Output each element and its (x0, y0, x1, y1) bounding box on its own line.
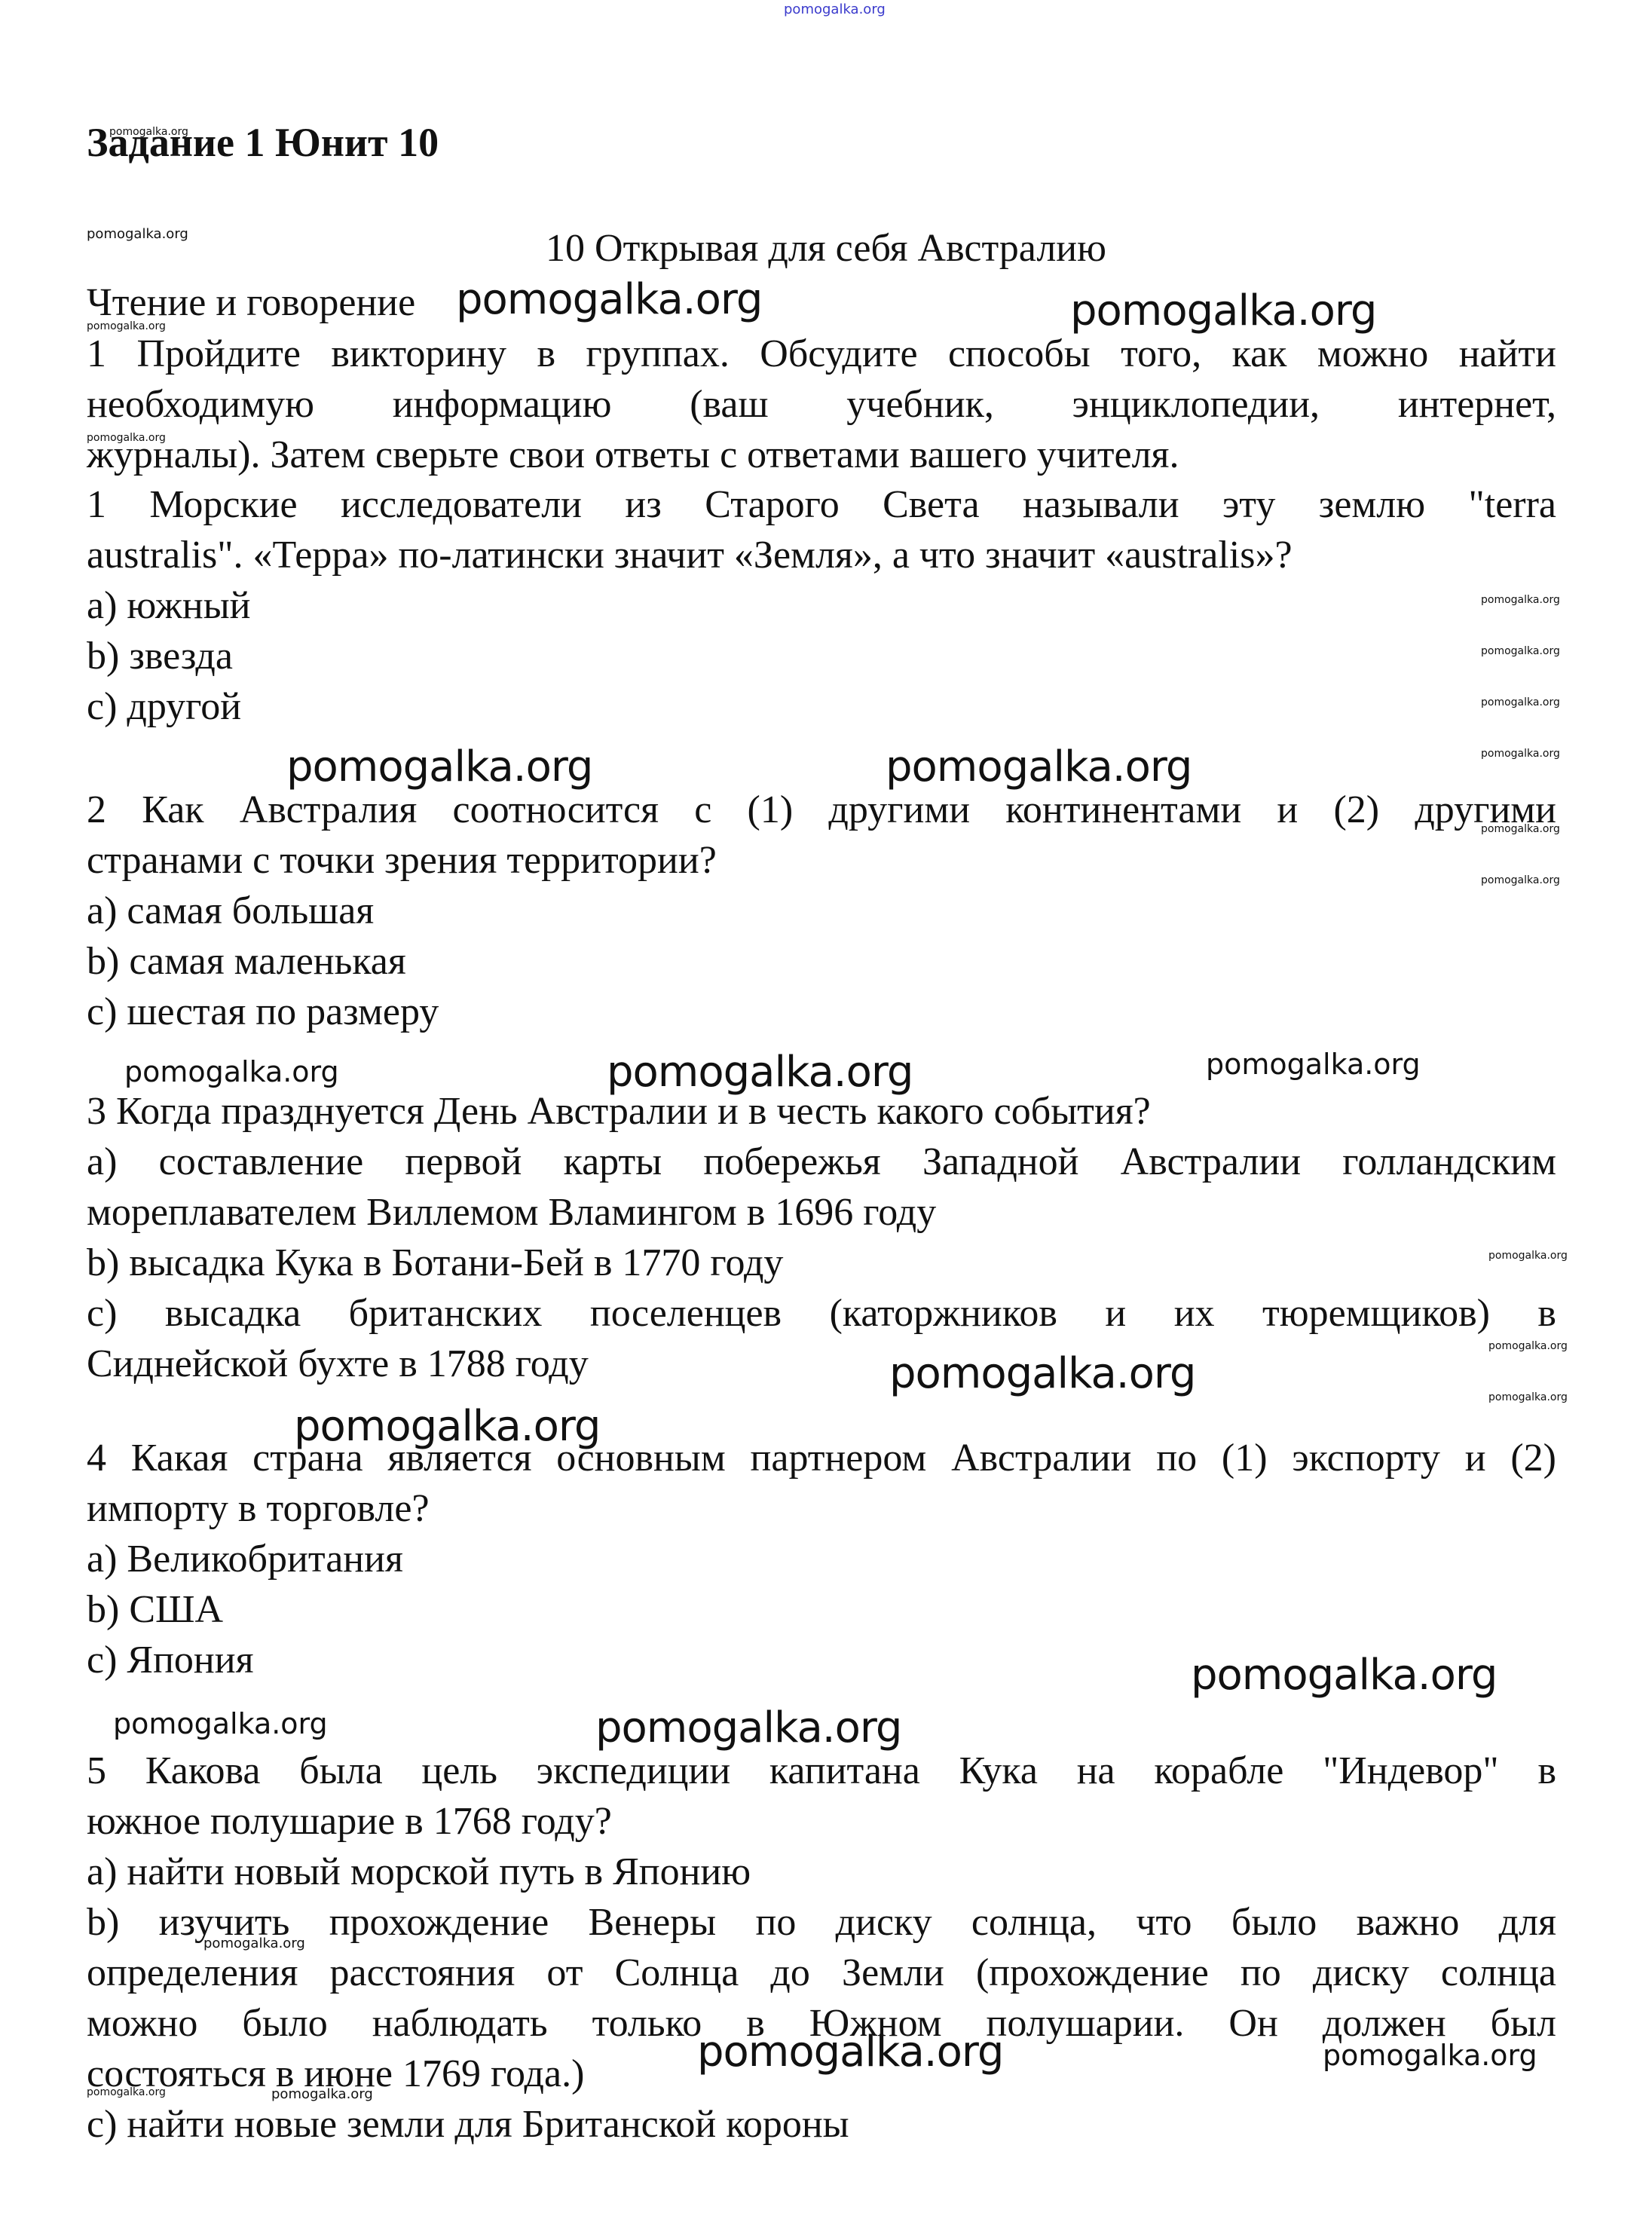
option-1-a: a) южный (87, 583, 1556, 629)
option-3-c: c) высадка британских поселенцев (каторж… (87, 1291, 1556, 1336)
unit-subtitle: 10 Открывая для себя Австралию (0, 226, 1652, 271)
option-3-b: b) высадка Кука в Ботани-Бей в 1770 году (87, 1241, 1556, 1286)
watermark-text: pomogalka.org (87, 432, 166, 444)
watermark-text: pomogalka.org (87, 320, 166, 332)
watermark-text: pomogalka.org (1481, 874, 1560, 886)
watermark-text: pomogalka.org (1488, 1391, 1568, 1403)
watermark-text: pomogalka.org (1488, 1250, 1568, 1262)
question-5: южное полушарие в 1768 году? (87, 1799, 1556, 1844)
option-3-c: Сиднейской бухте в 1788 году (87, 1342, 1556, 1387)
watermark-text: pomogalka.org (109, 126, 188, 138)
top-site-link[interactable]: pomogalka.org (784, 2, 886, 17)
watermark-text: pomogalka.org (1191, 1651, 1497, 1700)
watermark-text: pomogalka.org (87, 2086, 166, 2098)
watermark-text: pomogalka.org (1481, 696, 1560, 708)
watermark-text: pomogalka.org (1481, 823, 1560, 835)
option-2-a: a) самая большая (87, 889, 1556, 934)
option-3-a: a) составление первой карты побережья За… (87, 1140, 1556, 1185)
watermark-text: pomogalka.org (1206, 1048, 1421, 1081)
question-4: импорту в торговле? (87, 1486, 1556, 1532)
watermark-text: pomogalka.org (889, 1349, 1195, 1398)
intro-text: 1 Пройдите викторину в группах. Обсудите… (87, 332, 1556, 377)
option-3-a: мореплавателем Виллемом Вламингом в 1696… (87, 1190, 1556, 1235)
watermark-text: pomogalka.org (595, 1703, 901, 1752)
watermark-text: pomogalka.org (87, 226, 188, 242)
question-2: 2 Как Австралия соотносится с (1) другим… (87, 788, 1556, 833)
watermark-text: pomogalka.org (203, 1936, 305, 1951)
option-5-b: b) изучить прохождение Венеры по диску с… (87, 1900, 1556, 1945)
watermark-text: pomogalka.org (1481, 748, 1560, 760)
option-5-c: c) найти новые земли для Британской коро… (87, 2102, 1556, 2147)
watermark-text: pomogalka.org (886, 742, 1192, 791)
watermark-text: pomogalka.org (607, 1048, 913, 1097)
intro-text: необходимую информацию (ваш учебник, энц… (87, 382, 1556, 427)
option-5-b: определения расстояния от Солнца до Земл… (87, 1951, 1556, 1996)
option-2-c: c) шестая по размеру (87, 990, 1556, 1035)
option-2-b: b) самая маленькая (87, 939, 1556, 984)
watermark-text: pomogalka.org (1488, 1340, 1568, 1352)
watermark-text: pomogalka.org (1481, 645, 1560, 657)
option-5-a: a) найти новый морской путь в Японию (87, 1850, 1556, 1895)
watermark-text: pomogalka.org (697, 2027, 1003, 2076)
question-1: australis". «Терра» по-латински значит «… (87, 533, 1556, 578)
question-5: 5 Какова была цель экспедиции капитана К… (87, 1749, 1556, 1794)
watermark-text: pomogalka.org (456, 275, 762, 324)
watermark-text: pomogalka.org (286, 742, 592, 791)
watermark-text: pomogalka.org (113, 1707, 328, 1740)
option-1-b: b) звезда (87, 634, 1556, 679)
question-1: 1 Морские исследователи из Старого Света… (87, 482, 1556, 528)
intro-text: журналы). Затем сверьте свои ответы с от… (87, 433, 1556, 478)
watermark-text: pomogalka.org (271, 2086, 373, 2102)
question-2: странами с точки зрения территории? (87, 838, 1556, 883)
watermark-text: pomogalka.org (1323, 2039, 1537, 2072)
watermark-text: pomogalka.org (124, 1055, 339, 1088)
option-4-b: b) США (87, 1587, 1556, 1633)
option-1-c: c) другой (87, 684, 1556, 730)
watermark-text: pomogalka.org (294, 1402, 600, 1451)
watermark-text: pomogalka.org (1070, 286, 1376, 335)
option-4-a: a) Великобритания (87, 1537, 1556, 1582)
watermark-text: pomogalka.org (1481, 594, 1560, 606)
